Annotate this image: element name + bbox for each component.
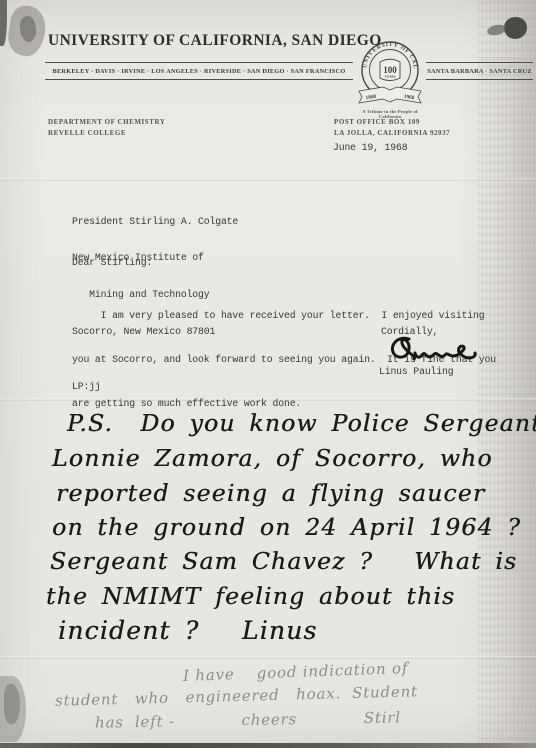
postscript-line: P.S. Do you know Police Sergeant: [67, 409, 536, 437]
recipient-line: President Stirling A. Colgate: [72, 216, 238, 228]
typed-signature-name: Linus Pauling: [379, 366, 453, 377]
seal-100: 100: [383, 65, 397, 75]
ink-blot: [504, 17, 527, 39]
body-line: I am very pleased to have received your …: [72, 309, 496, 324]
typist-reference: LP:jj: [72, 381, 101, 392]
pencil-note-line: has left - cheers Stirl: [95, 708, 401, 731]
po-box-line: POST OFFICE BOX 109: [334, 117, 450, 128]
salutation: Dear Stirling:: [72, 257, 152, 268]
postscript-line: on the ground on 24 April 1964 ?: [52, 513, 521, 541]
letter-date: June 19, 1968: [333, 142, 407, 153]
pencil-note-line: I have good indication of: [183, 659, 409, 685]
po-box-block: POST OFFICE BOX 109 LA JOLLA, CALIFORNIA…: [334, 117, 450, 139]
edge-mark: [0, 0, 7, 46]
postscript-line: the NMIMT feeling about this: [46, 582, 455, 610]
campus-list-right: SANTA BARBARA · SANTA CRUZ: [426, 62, 533, 80]
seal-years: YEARS: [384, 75, 396, 79]
postscript-line: Sergeant Sam Chavez ? What is: [50, 547, 517, 575]
university-name: UNIVERSITY OF CALIFORNIA, SAN DIEGO: [48, 32, 382, 50]
campus-list-left: BERKELEY · DAVIS · IRVINE · LOS ANGELES …: [45, 62, 353, 80]
fold-crease: [0, 656, 536, 659]
page-bottom-shadow: [0, 743, 536, 748]
department-line: DEPARTMENT OF CHEMISTRY: [48, 117, 165, 128]
postscript-line: Lonnie Zamora, of Socorro, who: [52, 444, 493, 472]
scanned-letter-page: UNIVERSITY OF CALIFORNIA, SAN DIEGO BERK…: [0, 0, 536, 748]
college-line: REVELLE COLLEGE: [48, 128, 165, 139]
pencil-note-line: student who engineered hoax. Student: [55, 682, 418, 709]
uc-centennial-seal-icon: UNIVERSITY OF CALIFORNIA 100 YEARS 1868 …: [353, 40, 427, 112]
postscript-line: incident ? Linus: [58, 616, 317, 645]
postscript-line: reported seeing a flying saucer: [56, 479, 485, 507]
city-line: LA JOLLA, CALIFORNIA 92037: [334, 128, 450, 139]
department-block: DEPARTMENT OF CHEMISTRY REVELLE COLLEGE: [48, 117, 165, 139]
fold-crease: [0, 178, 536, 181]
bottom-stain-core: [4, 684, 20, 724]
